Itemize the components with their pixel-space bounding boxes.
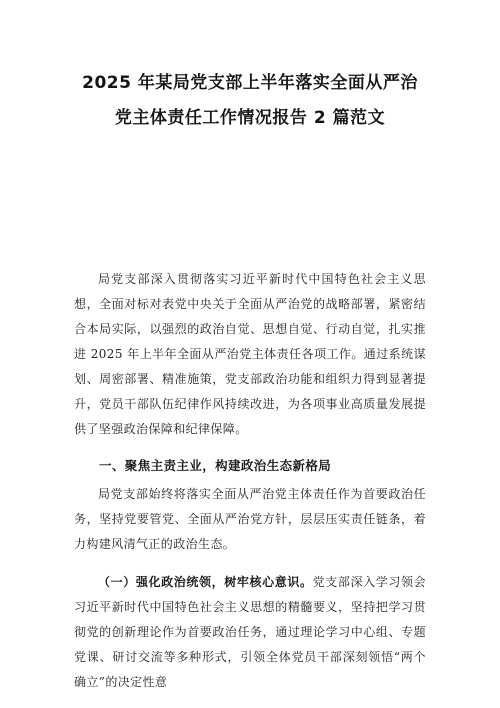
section-1-paragraph: 局党支部始终将落实全面从严治党主体责任作为首要政治任务，坚持党要管党、全面从严治…: [74, 482, 426, 557]
document-title: 2025 年某局党支部上半年落实全面从严治党主体责任工作情况报告 2 篇范文: [74, 66, 426, 136]
subsection-1-lead: （一）强化政治统领，树牢核心意识。: [98, 575, 313, 589]
intro-paragraph: 局党支部深入贯彻落实习近平新时代中国特色社会主义思想，全面对标对表党中央关于全面…: [74, 267, 426, 442]
subsection-1-text: 党支部深入学习领会习近平新时代中国特色社会主义思想的精髓要义，坚持把学习贯彻党的…: [74, 575, 426, 689]
document-page: 2025 年某局党支部上半年落实全面从严治党主体责任工作情况报告 2 篇范文 局…: [0, 0, 500, 708]
subsection-1-paragraph: （一）强化政治统领，树牢核心意识。党支部深入学习领会习近平新时代中国特色社会主义…: [74, 570, 426, 695]
section-1-heading: 一、聚焦主责主业，构建政治生态新格局: [74, 453, 426, 478]
